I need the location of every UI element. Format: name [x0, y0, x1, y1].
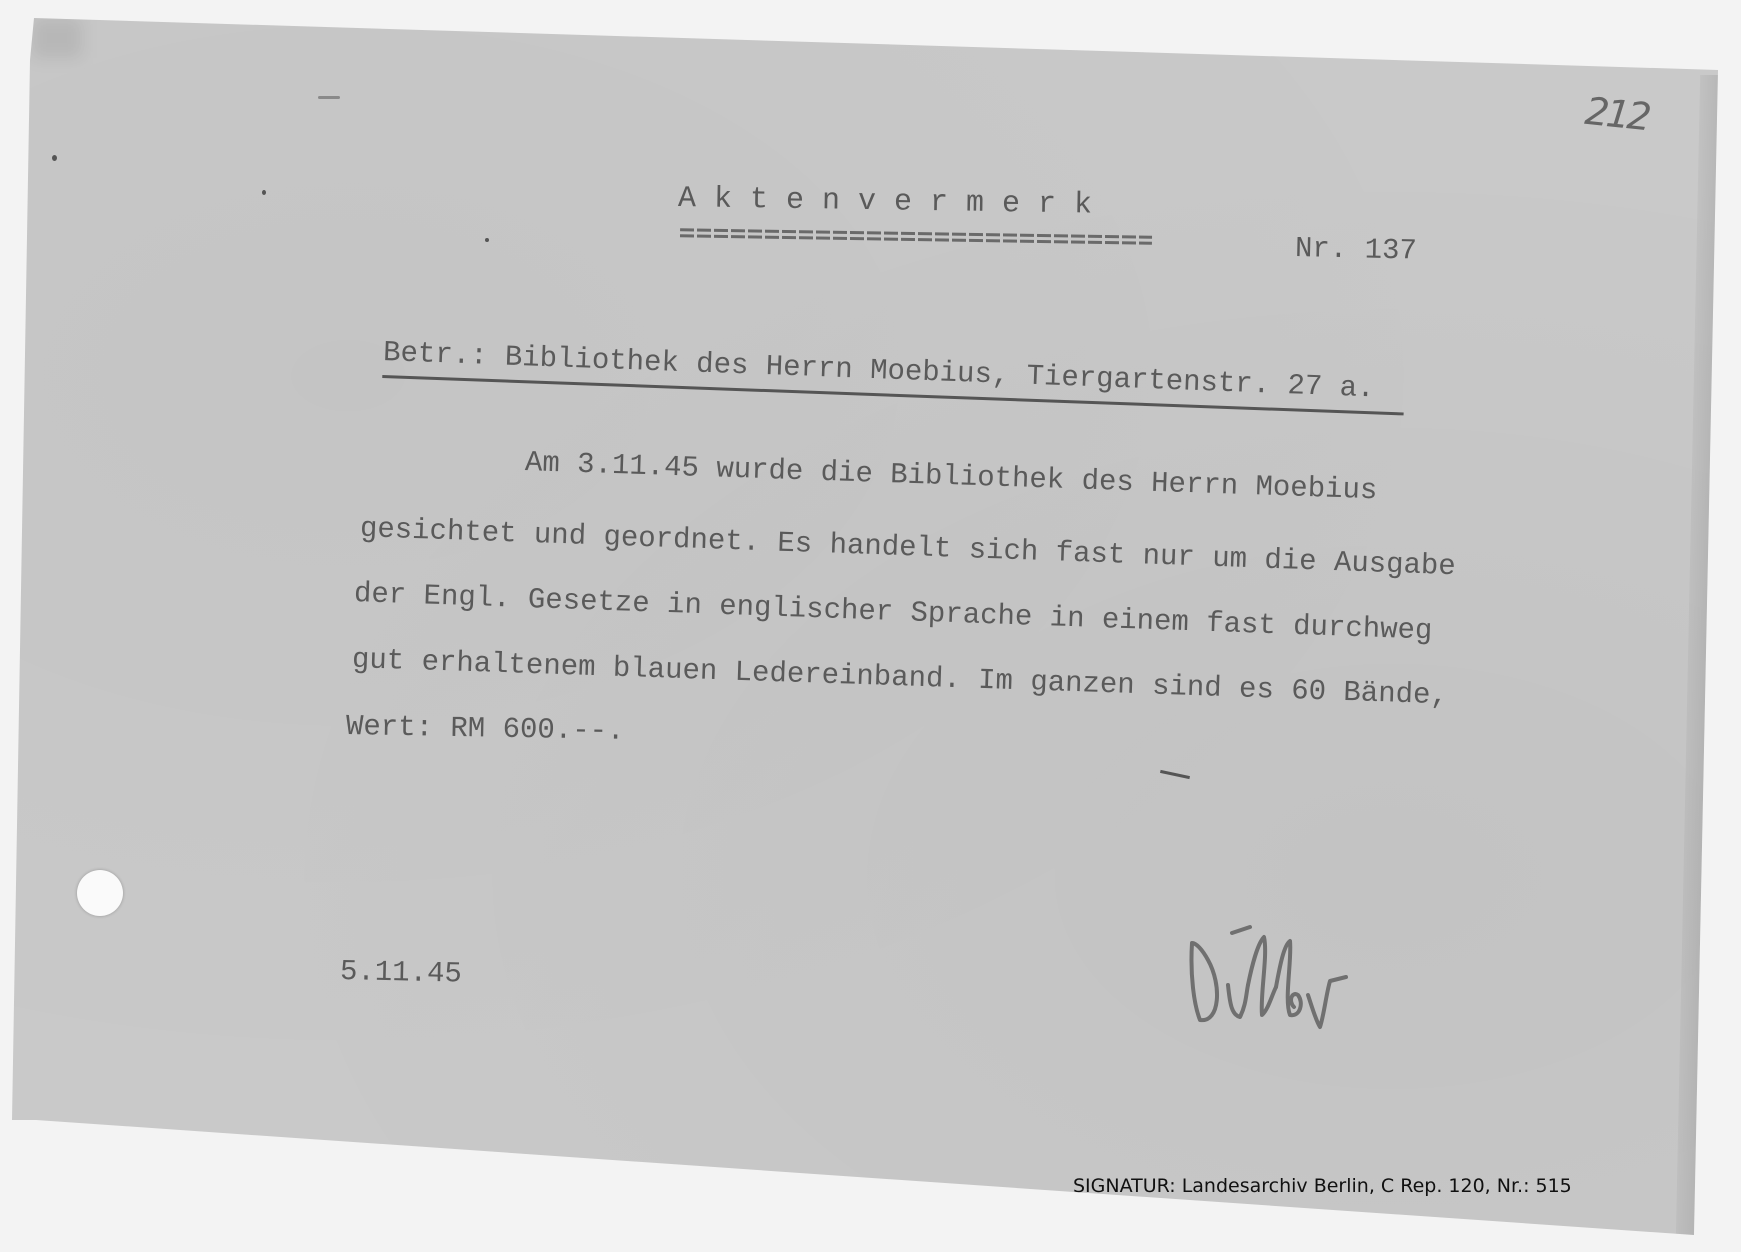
dust-speck [52, 155, 57, 161]
scan-page: 212 Aktenvermerk Nr. 137 Betr.: Biblioth… [0, 0, 1741, 1252]
handwritten-page-number: 212 [1583, 89, 1651, 139]
scribble-mark [318, 96, 340, 99]
handwritten-signature [1180, 915, 1380, 1035]
dust-speck [485, 238, 489, 242]
document-date: 5.11.45 [340, 955, 462, 991]
body-line: der Engl. Gesetze in englischer Sprache … [353, 577, 1432, 648]
footer-institution-line2: NS-RAUBGUTFORSCHUNG REFERAT 4C - FORSCHU… [78, 1197, 587, 1219]
pen-mark [1160, 770, 1190, 779]
footer-institution-line1: Zentral- und Landesbibliothek Berlin [78, 1175, 587, 1197]
document-number: Nr. 137 [1295, 232, 1417, 268]
body-line: gut erhaltenem blauen Ledereinband. Im g… [351, 643, 1448, 712]
punch-hole [77, 870, 123, 916]
card-edge-shadow [1676, 75, 1718, 1240]
footer-institution: Zentral- und Landesbibliothek Berlin NS-… [78, 1175, 587, 1219]
title-double-underline [680, 228, 1152, 246]
document-title: Aktenvermerk [678, 182, 1111, 223]
footer-archive-signature: SIGNATUR: Landesarchiv Berlin, C Rep. 12… [1073, 1175, 1572, 1197]
body-line: Am 3.11.45 wurde die Bibliothek des Herr… [524, 446, 1377, 507]
archive-card: 212 Aktenvermerk Nr. 137 Betr.: Biblioth… [0, 0, 1741, 1252]
dust-speck [262, 190, 266, 195]
body-line: gesichtet und geordnet. Es handelt sich … [359, 512, 1456, 583]
body-line: Wert: RM 600.--. [346, 710, 625, 748]
subject-line: Betr.: Bibliothek des Herrn Moebius, Tie… [382, 336, 1405, 415]
